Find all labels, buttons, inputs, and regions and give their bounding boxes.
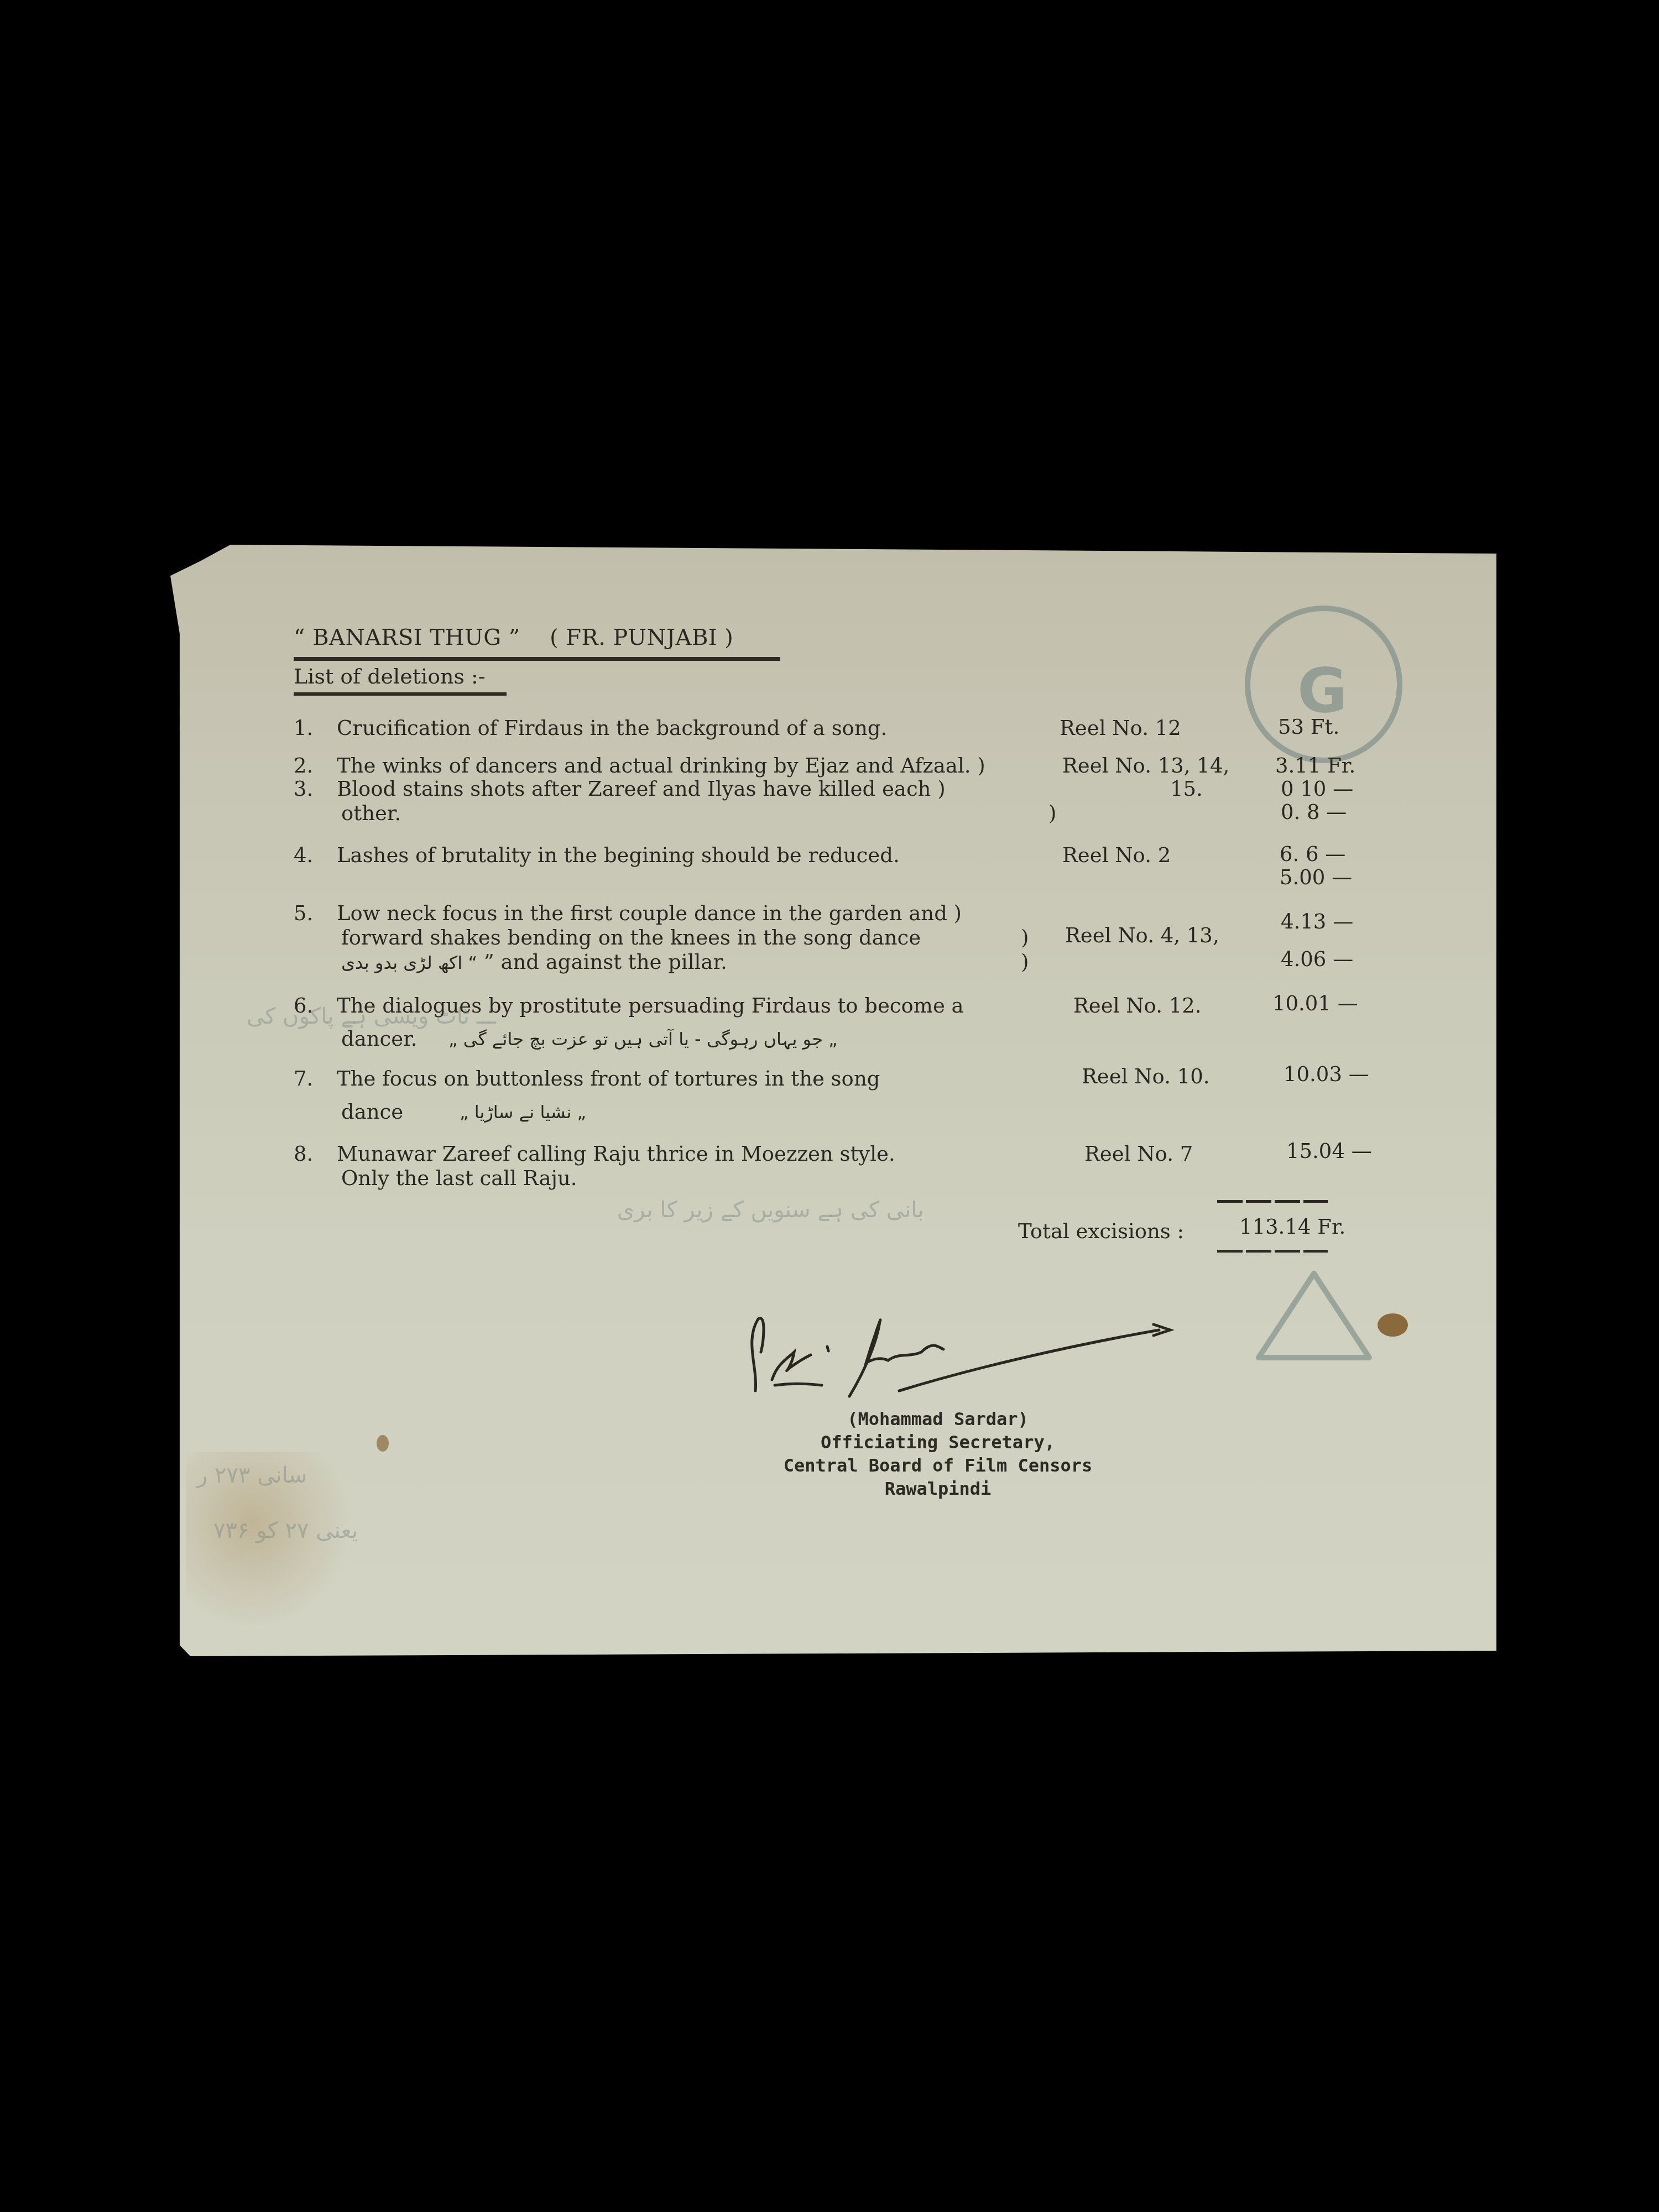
reel-number: Reel No. 12.	[1073, 994, 1202, 1018]
item-number: 6.	[294, 994, 327, 1018]
list-heading: List of deletions :-	[294, 664, 486, 688]
excision-length: 0 10 —	[1281, 777, 1353, 801]
urdu-song-title: „ نشیا نے ساڑیا „	[460, 1100, 586, 1124]
signatory-city: Rawalpindi	[689, 1477, 1187, 1500]
excision-length: 3.11 Fr.	[1275, 754, 1355, 778]
item-text: The focus on buttonless front of torture…	[337, 1067, 880, 1091]
urdu-song-title: “ اکھ لڑی بدو بدی	[341, 952, 477, 973]
item-text: dancer.	[341, 1027, 418, 1051]
item-number: 2.	[294, 754, 327, 778]
reel-number: Reel No. 7	[1084, 1142, 1193, 1166]
item-text-mixed: “ اکھ لڑی بدو بدی ” and against the pill…	[341, 950, 727, 975]
excision-length: 5.00 —	[1280, 865, 1352, 889]
item-text: Munawar Zareef calling Raju thrice in Mo…	[337, 1142, 895, 1166]
signatory-organization: Central Board of Film Censors	[689, 1454, 1187, 1477]
total-label: Total excisions :	[1018, 1219, 1184, 1243]
reel-number: Reel No. 4, 13,	[1065, 924, 1219, 947]
bracket: )	[1048, 801, 1056, 825]
reel-number: Reel No. 12	[1060, 716, 1181, 740]
item-text: ” and against the pillar.	[484, 950, 727, 974]
item-number: 3.	[294, 777, 327, 801]
item-text: other.	[341, 801, 401, 826]
excision-length: 10.01 —	[1272, 992, 1358, 1015]
excision-length: 53 Ft.	[1278, 715, 1339, 739]
excision-length: 0. 8 —	[1281, 800, 1347, 824]
item-number: 5.	[294, 901, 327, 926]
reel-number: 15.	[1170, 777, 1203, 801]
urdu-dialogue: „ جو یہاں رہوگی - یا آتی ہیں تو عزت بچ ج…	[448, 1027, 838, 1051]
item-text: dance	[341, 1100, 403, 1124]
excision-length: 4.06 —	[1281, 947, 1353, 971]
excision-length: 15.04 —	[1286, 1139, 1372, 1163]
item-text: forward shakes bending on the knees in t…	[341, 926, 921, 950]
bleed-through-text: بانی کی ہے سنویں کے زیر کا بری	[617, 1197, 924, 1223]
total-value: 113.14 Fr.	[1239, 1215, 1345, 1239]
signatory-name: (Mohammad Sardar)	[689, 1407, 1187, 1431]
heading-underline	[294, 692, 507, 696]
item-number: 8.	[294, 1142, 327, 1166]
reel-number: Reel No. 2	[1062, 843, 1171, 867]
total-rule-top	[1217, 1200, 1328, 1203]
item-text: Crucification of Firdaus in the backgrou…	[337, 716, 887, 740]
reel-number: Reel No. 13, 14,	[1062, 754, 1229, 778]
bleed-through-text: سانی ۲۷۳ ر	[197, 1463, 307, 1488]
item-text: Low neck focus in the first couple dance…	[337, 901, 962, 926]
total-rule-bottom	[1217, 1250, 1328, 1253]
signature-block: (Mohammad Sardar) Officiating Secretary,…	[689, 1407, 1187, 1500]
stain-spot	[377, 1435, 389, 1452]
signatory-designation: Officiating Secretary,	[689, 1431, 1187, 1454]
excision-length: 6. 6 —	[1280, 842, 1345, 866]
film-language: ( FR. PUNJABI )	[550, 625, 733, 650]
item-text: Blood stains shots after Zareef and Ilya…	[337, 777, 946, 801]
item-text: Only the last call Raju.	[341, 1166, 577, 1191]
excision-length: 10.03 —	[1284, 1062, 1369, 1086]
signature-icon	[733, 1308, 1187, 1402]
reel-number: Reel No. 10.	[1082, 1065, 1210, 1088]
bracket: )	[1021, 926, 1029, 950]
triangle-stamp-icon	[1253, 1269, 1375, 1363]
bleed-through-text: ۷۳۶ یعنی ۲۷ کو	[213, 1518, 358, 1543]
film-title: “ BANARSI THUG ”	[294, 625, 520, 650]
stain-spot	[1378, 1313, 1408, 1337]
document-page: G ـــ ٹاٹ ویسی ہے پاکوں کی بانی کی ہے سن…	[164, 545, 1496, 1656]
item-number: 4.	[294, 843, 327, 868]
title-underline	[294, 657, 780, 661]
item-text: The winks of dancers and actual drinking…	[337, 754, 985, 778]
item-number: 7.	[294, 1067, 327, 1091]
document-title: “ BANARSI THUG ” ( FR. PUNJABI )	[294, 625, 755, 650]
item-text: Lashes of brutality in the begining shou…	[337, 843, 900, 868]
bracket: )	[1021, 950, 1029, 974]
excision-length: 4.13 —	[1281, 910, 1353, 933]
item-number: 1.	[294, 716, 327, 740]
item-text: The dialogues by prostitute persuading F…	[337, 994, 964, 1018]
